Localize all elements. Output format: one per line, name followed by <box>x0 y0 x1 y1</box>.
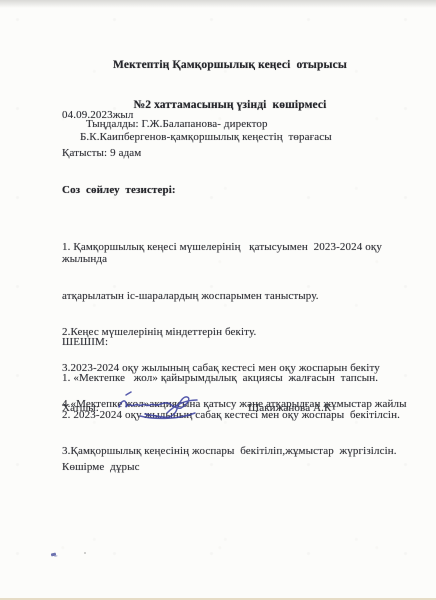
secretary-name: Шакижанова А.К <box>248 402 331 414</box>
heard-line1: Тыңдалды: Г.Ж.Балапанова- директор <box>86 118 268 130</box>
agenda-heading: Соз сөйлеу тезистері: <box>62 184 176 196</box>
agenda-item-line: атқарылатын іс-шаралардың жоспарымен тан… <box>62 290 422 302</box>
agenda-item-line: 1. Қамқоршылық кеңесі мүшелерінің қатысу… <box>62 241 422 265</box>
heard-line2: Б.К.Каипбергенов-қамқоршылық кеңестің тө… <box>80 131 332 143</box>
decision-item-line: 3.Қамқоршылық кеңесінің жоспары бекітілі… <box>62 445 422 457</box>
scanned-document-page: Мектептің Қамқоршылық кеңесі отырысы №2 … <box>0 0 436 600</box>
decision-heading: ШЕШІМ: <box>62 336 422 348</box>
decision-item-line: 1. «Мектепке жол» қайырымдылық акциясы ж… <box>62 372 422 384</box>
document-title-line1: Мектептің Қамқоршылық кеңесі отырысы <box>24 59 436 72</box>
scan-top-shadow <box>0 0 436 8</box>
attendance-count: Қатысты: 9 адам <box>62 147 141 160</box>
handwritten-signature-ink <box>110 388 210 424</box>
secretary-label: Хатшы: <box>62 402 99 414</box>
dust-speck <box>84 552 86 554</box>
copy-certification-note: Көшірме дұрыс <box>62 461 140 473</box>
ink-speck <box>51 553 57 557</box>
